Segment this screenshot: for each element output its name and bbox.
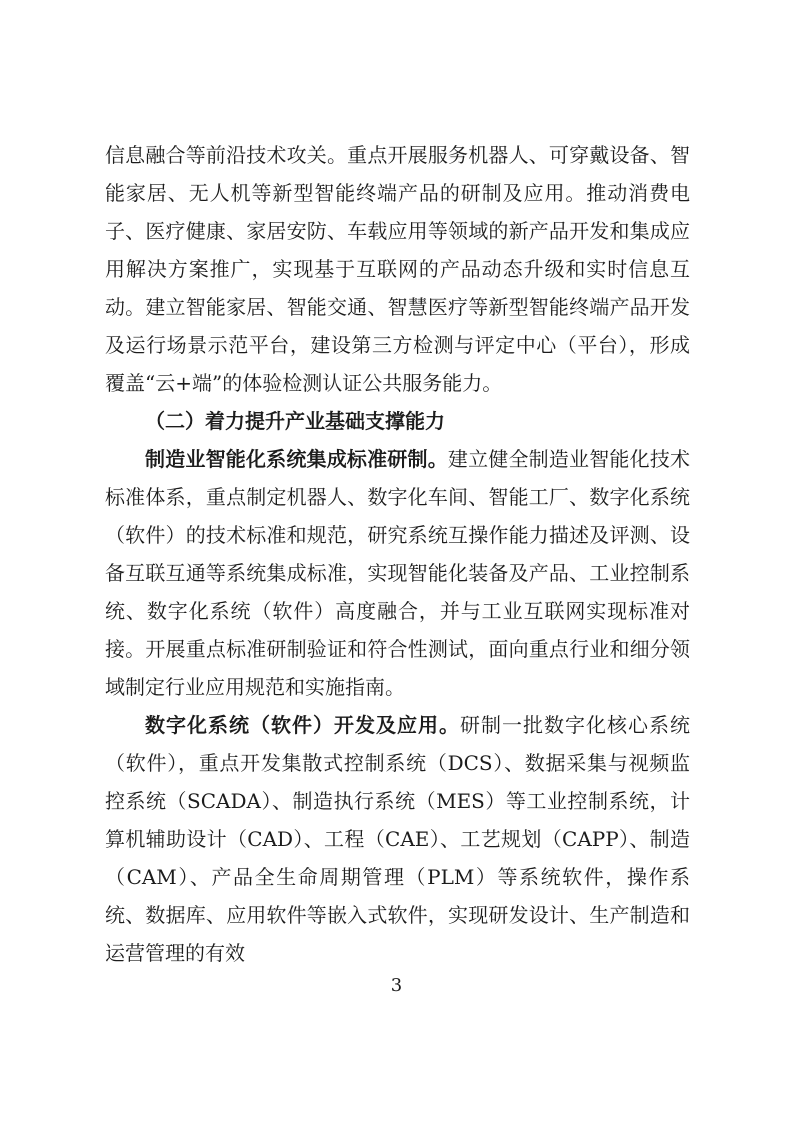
paragraph-standards: 制造业智能化系统集成标准研制。建立健全制造业智能化技术标准体系，重点制定机器人、… (105, 440, 690, 706)
paragraph-software-lead: 数字化系统（软件）开发及应用。 (145, 713, 460, 737)
page-footer: 3 (0, 974, 793, 998)
document-page: 信息融合等前沿技术攻关。重点开展服务机器人、可穿戴设备、智能家居、无人机等新型智… (0, 0, 793, 1122)
paragraph-software: 数字化系统（软件）开发及应用。研制一批数字化核心系统（软件），重点开发集散式控制… (105, 706, 690, 972)
paragraph-software-text: 研制一批数字化核心系统（软件），重点开发集散式控制系统（DCS）、数据采集与视频… (105, 713, 690, 965)
paragraph-standards-text: 建立健全制造业智能化技术标准体系，重点制定机器人、数字化车间、智能工厂、数字化系… (105, 447, 690, 699)
section-heading: （二）着力提升产业基础支撑能力 (105, 402, 690, 440)
paragraph-continuation: 信息融合等前沿技术攻关。重点开展服务机器人、可穿戴设备、智能家居、无人机等新型智… (105, 136, 690, 402)
page-number: 3 (391, 975, 402, 996)
document-body: 信息融合等前沿技术攻关。重点开展服务机器人、可穿戴设备、智能家居、无人机等新型智… (105, 136, 690, 972)
paragraph-standards-lead: 制造业智能化系统集成标准研制。 (145, 447, 448, 471)
